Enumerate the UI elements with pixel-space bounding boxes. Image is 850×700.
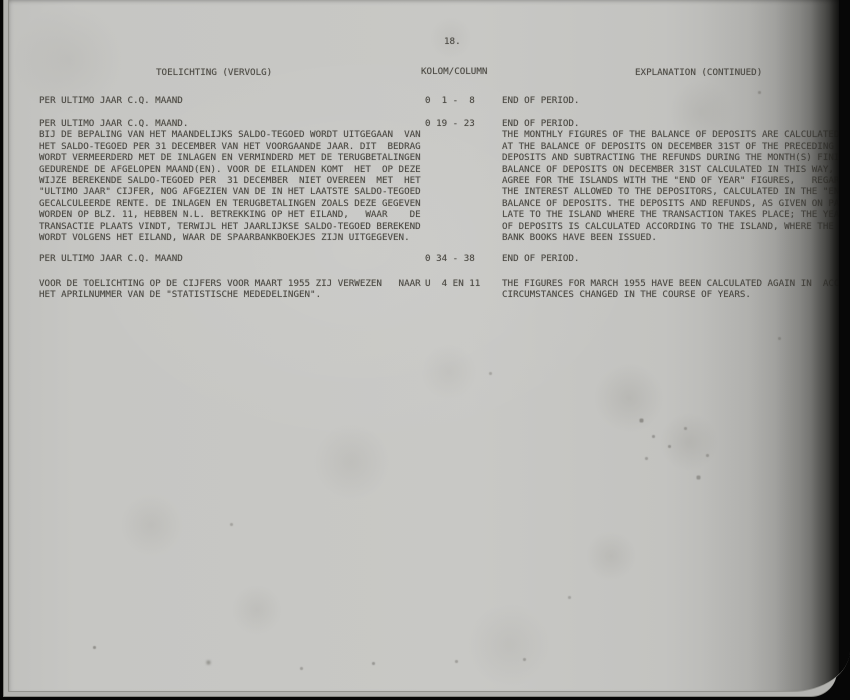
row-1-column-code: 0 1 - 8 <box>425 95 475 106</box>
row-4-english-text: THE FIGURES FOR MARCH 1955 HAVE BEEN CAL… <box>502 278 850 301</box>
row-4-column-code: U 4 EN 11 <box>425 278 480 289</box>
book-gutter <box>839 0 850 691</box>
paper-specks <box>9 0 10 1</box>
row-3-english-text: END OF PERIOD. <box>502 253 579 264</box>
scanned-page: 18. TOELICHTING (VERVOLG) KOLOM/COLUMN E… <box>8 0 850 692</box>
page-number: 18. <box>444 36 461 47</box>
book-binding-shadow <box>700 0 850 691</box>
column-header-toelichting: TOELICHTING (VERVOLG) <box>156 67 272 78</box>
row-1-english-text: END OF PERIOD. <box>502 95 579 106</box>
row-2-english-text: END OF PERIOD. THE MONTHLY FIGURES OF TH… <box>502 118 850 243</box>
row-3-dutch-text: PER ULTIMO JAAR C.Q. MAAND <box>39 253 183 264</box>
column-header-explanation: EXPLANATION (CONTINUED) <box>635 67 762 78</box>
row-4-dutch-text: VOOR DE TOELICHTING OP DE CIJFERS VOOR M… <box>39 278 421 301</box>
row-2-dutch-text: PER ULTIMO JAAR C.Q. MAAND. BIJ DE BEPAL… <box>39 118 421 243</box>
row-2-column-code: 0 19 - 23 <box>425 118 475 129</box>
column-header-kolom-column: KOLOM/COLUMN <box>421 66 487 77</box>
row-3-column-code: 0 34 - 38 <box>425 253 475 264</box>
row-1-dutch-text: PER ULTIMO JAAR C.Q. MAAND <box>39 95 183 106</box>
